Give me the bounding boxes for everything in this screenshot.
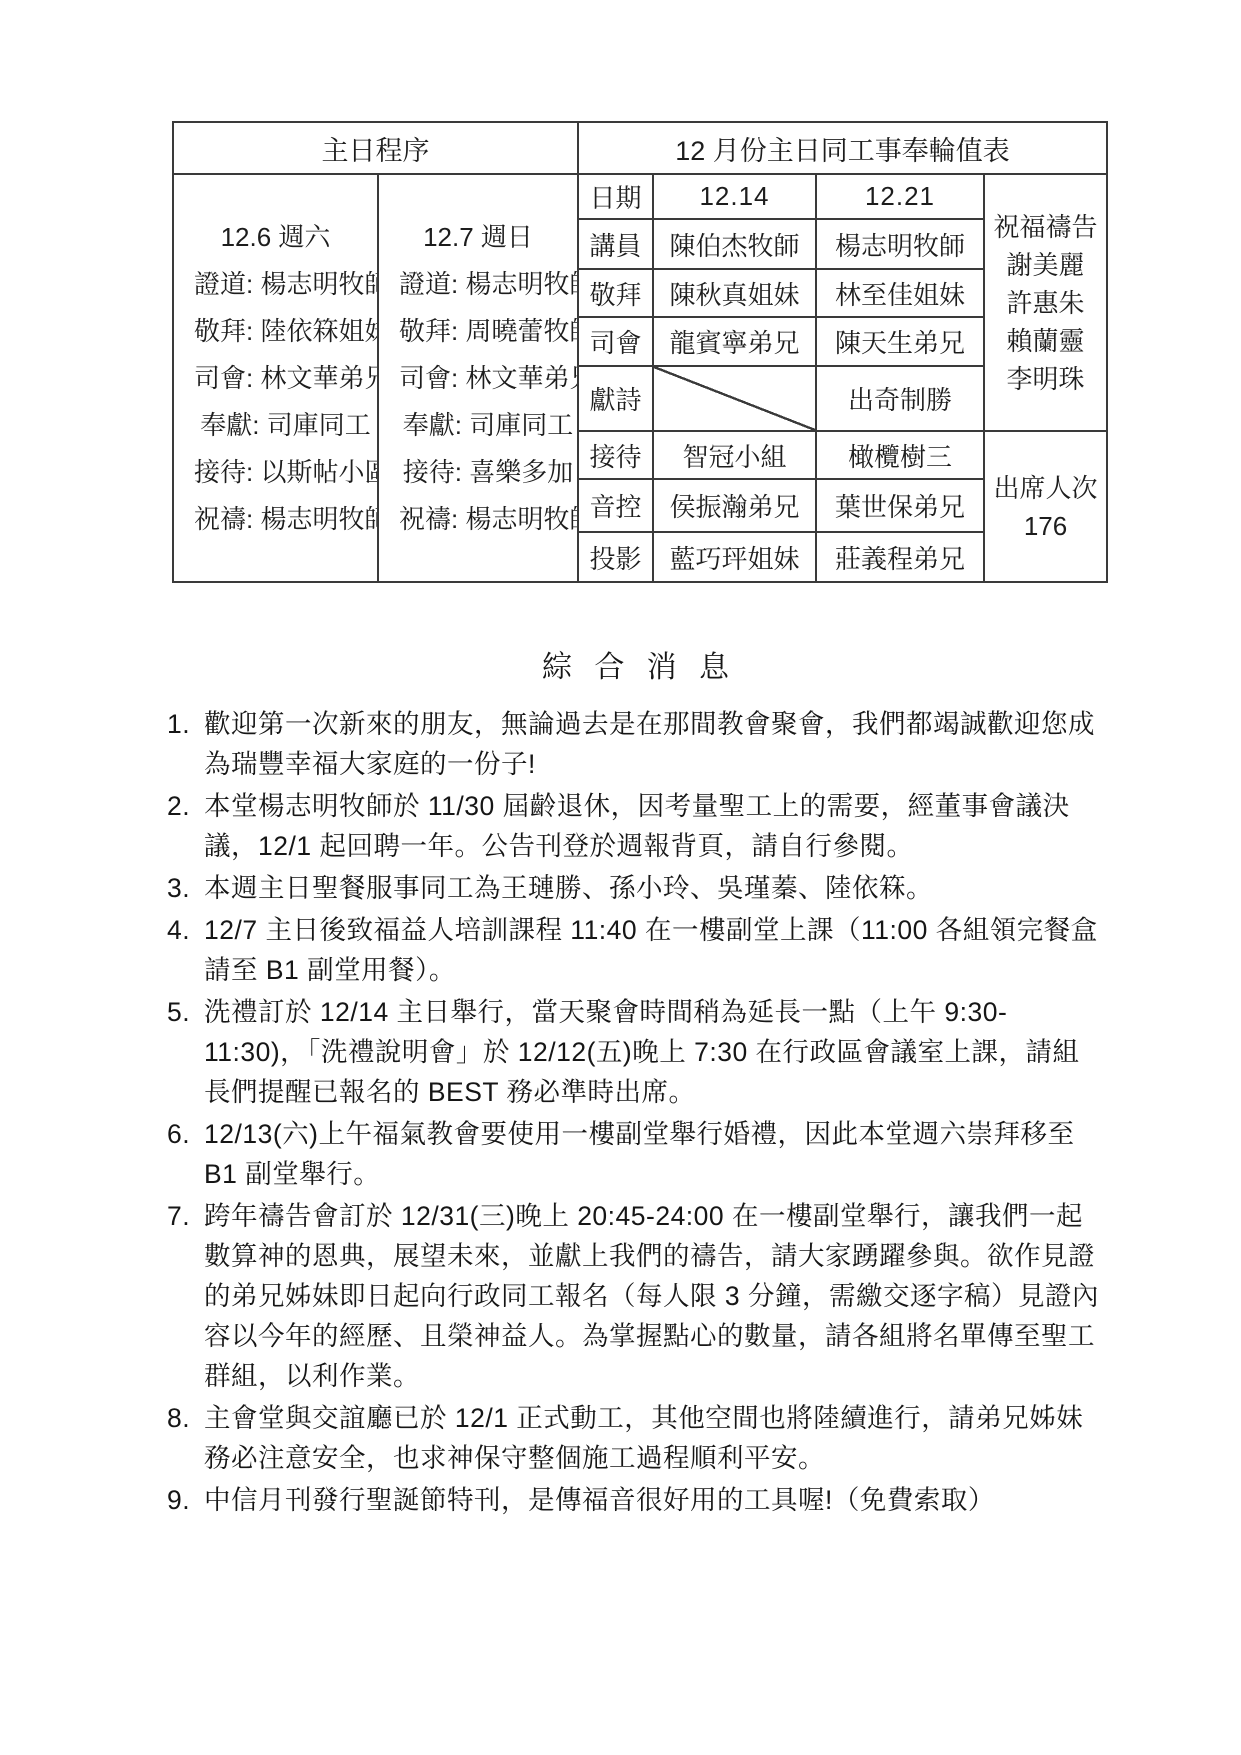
rota-row-label: 獻詩 (578, 366, 653, 431)
rota-row-label: 司會 (578, 317, 653, 366)
program-line: 接待: 喜樂多加 (379, 449, 577, 496)
announcement-number: 4. (167, 910, 190, 950)
blessing-name: 謝美麗 (985, 246, 1106, 284)
blessing-name: 賴蘭靈 (985, 322, 1106, 360)
announcement-text: 本堂楊志明牧師於 11/30 屆齡退休，因考量聖工上的需要，經董事會議決議，12… (204, 791, 1070, 861)
saturday-date: 12.6 週六 (174, 214, 377, 261)
rota-cell: 橄欖樹三 (816, 431, 984, 479)
left-table-header: 主日程序 (173, 122, 578, 174)
blessing-prayer-cell: 祝福禱告 謝美麗許惠朱賴蘭靈李明珠 (984, 174, 1107, 431)
announcements-title: 綜 合 消 息 (167, 648, 1106, 688)
announcement-item: 3.本週主日聖餐服事同工為王璉勝、孫小玲、吳瑾蓁、陸依箖。 (167, 868, 1106, 908)
rota-cell: 智冠小組 (653, 431, 816, 479)
announcements-section: 綜 合 消 息 1.歡迎第一次新來的朋友，無論過去是在那間教會聚會，我們都竭誠歡… (167, 648, 1106, 1522)
announcement-item: 5.洗禮訂於 12/14 主日舉行，當天聚會時間稍為延長一點（上午 9:30-1… (167, 992, 1106, 1112)
rota-cell: 侯振瀚弟兄 (653, 479, 816, 532)
announcement-number: 1. (167, 704, 190, 744)
rota-row-label: 講員 (578, 219, 653, 269)
rota-cell: 龍賓寧弟兄 (653, 317, 816, 366)
attendance-count: 176 (985, 507, 1106, 545)
saturday-lines: 證道: 楊志明牧師敬拜: 陸依箖姐妹司會: 林文華弟兄奉獻: 司庫同工接待: 以… (174, 261, 377, 543)
rota-row-label: 接待 (578, 431, 653, 479)
rota-cell: 陳天生弟兄 (816, 317, 984, 366)
announcement-number: 3. (167, 868, 190, 908)
program-line: 敬拜: 陸依箖姐妹 (174, 308, 377, 355)
program-line: 司會: 林文華弟兄 (379, 355, 577, 402)
rota-row-label: 敬拜 (578, 269, 653, 317)
announcements-list: 1.歡迎第一次新來的朋友，無論過去是在那間教會聚會，我們都竭誠歡迎您成為瑞豐幸福… (167, 704, 1106, 1520)
announcement-item: 2.本堂楊志明牧師於 11/30 屆齡退休，因考量聖工上的需要，經董事會議決議，… (167, 786, 1106, 866)
announcement-text: 12/7 主日後致福益人培訓課程 11:40 在一樓副堂上課（11:00 各組領… (204, 915, 1098, 985)
diagonal-slash-cell (653, 366, 816, 431)
rota-cell: 陳伯杰牧師 (653, 219, 816, 269)
blessing-name: 李明珠 (985, 360, 1106, 398)
announcement-number: 9. (167, 1480, 190, 1520)
rota-date-1: 12.14 (653, 174, 816, 219)
sunday-program-cell: 12.7 週日 證道: 楊志明牧師敬拜: 周曉蕾牧師司會: 林文華弟兄奉獻: 司… (378, 174, 578, 582)
program-line: 證道: 楊志明牧師 (174, 261, 377, 308)
announcement-text: 歡迎第一次新來的朋友，無論過去是在那間教會聚會，我們都竭誠歡迎您成為瑞豐幸福大家… (204, 709, 1095, 779)
announcement-text: 12/13(六)上午福氣教會要使用一樓副堂舉行婚禮，因此本堂週六崇拜移至 B1 … (204, 1119, 1074, 1189)
program-line: 奉獻: 司庫同工 (379, 402, 577, 449)
rota-row-label: 日期 (578, 174, 653, 219)
program-line: 敬拜: 周曉蕾牧師 (379, 308, 577, 355)
program-line: 祝禱: 楊志明牧師 (174, 496, 377, 543)
rota-cell: 莊義程弟兄 (816, 532, 984, 582)
announcement-text: 主會堂與交誼廳已於 12/1 正式動工，其他空間也將陸續進行，請弟兄姊妹務必注意… (204, 1403, 1083, 1473)
announcement-number: 5. (167, 992, 190, 1032)
duty-table: 主日程序 12 月份主日同工事奉輪值表 12.6 週六 證道: 楊志明牧師敬拜:… (172, 121, 1108, 583)
rota-cell: 楊志明牧師 (816, 219, 984, 269)
program-line: 接待: 以斯帖小區 (174, 449, 377, 496)
attendance-cell: 出席人次 176 (984, 431, 1107, 582)
program-line: 祝禱: 楊志明牧師 (379, 496, 577, 543)
announcement-number: 8. (167, 1398, 190, 1438)
rota-row-label: 投影 (578, 532, 653, 582)
sunday-lines: 證道: 楊志明牧師敬拜: 周曉蕾牧師司會: 林文華弟兄奉獻: 司庫同工接待: 喜… (379, 261, 577, 543)
announcement-item: 9.中信月刊發行聖誕節特刊，是傳福音很好用的工具喔!（免費索取） (167, 1480, 1106, 1520)
program-line: 奉獻: 司庫同工 (174, 402, 377, 449)
announcement-text: 洗禮訂於 12/14 主日舉行，當天聚會時間稍為延長一點（上午 9:30-11:… (204, 997, 1080, 1107)
announcement-text: 跨年禱告會訂於 12/31(三)晚上 20:45-24:00 在一樓副堂舉行，讓… (204, 1201, 1099, 1391)
announcement-item: 7.跨年禱告會訂於 12/31(三)晚上 20:45-24:00 在一樓副堂舉行… (167, 1196, 1106, 1396)
program-line: 證道: 楊志明牧師 (379, 261, 577, 308)
announcement-item: 6.12/13(六)上午福氣教會要使用一樓副堂舉行婚禮，因此本堂週六崇拜移至 B… (167, 1114, 1106, 1194)
blessing-name: 許惠朱 (985, 284, 1106, 322)
announcement-text: 本週主日聖餐服事同工為王璉勝、孫小玲、吳瑾蓁、陸依箖。 (204, 873, 933, 903)
rota-cell: 藍巧玶姐妹 (653, 532, 816, 582)
sunday-date: 12.7 週日 (379, 214, 577, 261)
saturday-program-cell: 12.6 週六 證道: 楊志明牧師敬拜: 陸依箖姐妹司會: 林文華弟兄奉獻: 司… (173, 174, 378, 582)
announcement-number: 7. (167, 1196, 190, 1236)
right-table-header: 12 月份主日同工事奉輪值表 (578, 122, 1107, 174)
announcement-text: 中信月刊發行聖誕節特刊，是傳福音很好用的工具喔!（免費索取） (204, 1485, 995, 1515)
announcement-number: 2. (167, 786, 190, 826)
rota-cell: 出奇制勝 (816, 366, 984, 431)
blessing-names: 謝美麗許惠朱賴蘭靈李明珠 (985, 246, 1106, 398)
rota-date-2: 12.21 (816, 174, 984, 219)
announcement-item: 4.12/7 主日後致福益人培訓課程 11:40 在一樓副堂上課（11:00 各… (167, 910, 1106, 990)
rota-cell: 葉世保弟兄 (816, 479, 984, 532)
program-line: 司會: 林文華弟兄 (174, 355, 377, 402)
announcement-item: 8.主會堂與交誼廳已於 12/1 正式動工，其他空間也將陸續進行，請弟兄姊妹務必… (167, 1398, 1106, 1478)
attendance-label: 出席人次 (985, 469, 1106, 507)
blessing-title: 祝福禱告 (985, 208, 1106, 246)
announcement-item: 1.歡迎第一次新來的朋友，無論過去是在那間教會聚會，我們都竭誠歡迎您成為瑞豐幸福… (167, 704, 1106, 784)
announcement-number: 6. (167, 1114, 190, 1154)
rota-cell: 陳秋真姐妹 (653, 269, 816, 317)
rota-cell: 林至佳姐妹 (816, 269, 984, 317)
bulletin-page: 主日程序 12 月份主日同工事奉輪值表 12.6 週六 證道: 楊志明牧師敬拜:… (0, 0, 1241, 1755)
rota-row-label: 音控 (578, 479, 653, 532)
